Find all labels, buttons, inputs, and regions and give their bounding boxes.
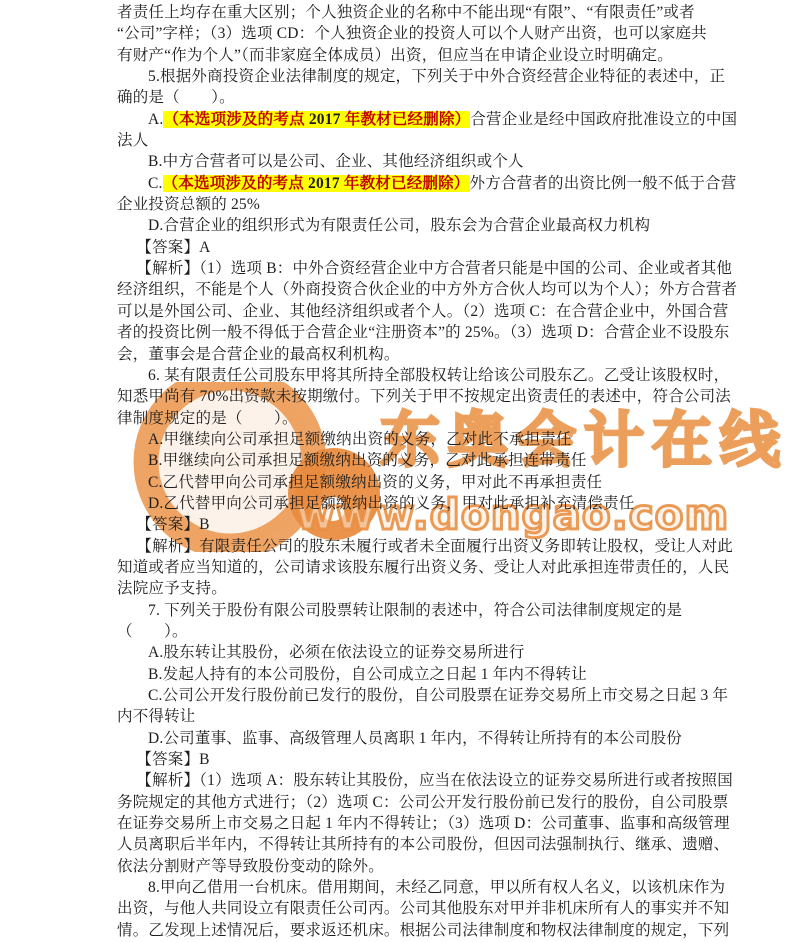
text-line: 知悉甲尚有 70%出资款未按期缴付。下列关于甲不按规定出资责任的表述中，符合公司… bbox=[117, 386, 757, 407]
text-run: 会，董事会是合营企业的最高权利机构。 bbox=[117, 346, 400, 363]
text-line: 者的投资比例一般不得低于合营企业“注册资本”的 25%。（3）选项 D：合营企业… bbox=[117, 322, 757, 343]
text-line: 企业投资总额的 25% bbox=[117, 194, 757, 215]
text-line: 【答案】B bbox=[117, 514, 757, 535]
text-run: 6. 某有限责任公司股东甲将其所持全部股权转让给该公司股东乙。乙受让该股权时， bbox=[148, 367, 729, 384]
text-run: 【答案】B bbox=[136, 751, 209, 768]
text-run: 【解析】有限责任公司的股东未履行或者未全面履行出资义务即转让股权，受让人对此 bbox=[136, 538, 733, 555]
text-run: 【答案】A bbox=[136, 239, 210, 256]
text-run: 【答案】B bbox=[136, 516, 209, 533]
text-line: D.公司董事、监事、高级管理人员离职 1 年内，不得转让所持有的本公司股份 bbox=[117, 728, 757, 749]
text-run: 者的投资比例一般不得低于合营企业“注册资本”的 25%。（3）选项 D：合营企业… bbox=[117, 324, 729, 341]
deleted-point-highlight: 年教材已经删除） bbox=[340, 175, 470, 192]
text-run: “公司”字样；（3）选项 CD：个人独资企业的投资人可以个人财产出资，也可以家庭… bbox=[117, 25, 707, 42]
text-run: 者责任上均存在重大区别；个人独资企业的名称中不能出现“有限”、“有限责任”或者 bbox=[117, 4, 695, 21]
text-line: C.乙代替甲向公司承担足额缴纳出资的义务，甲对此不再承担责任 bbox=[117, 472, 757, 493]
text-run: （ ）。 bbox=[117, 623, 188, 640]
text-run: D.公司董事、监事、高级管理人员离职 1 年内，不得转让所持有的本公司股份 bbox=[148, 730, 682, 747]
text-run: 人员离职后半年内，不得转让其所持有的本公司股份，但因司法强制执行、继承、遗赠、 bbox=[117, 836, 729, 853]
deleted-point-highlight-year: 2017 bbox=[309, 111, 341, 128]
text-run: 出资，与他人共同设立有限责任公司丙。公司其他股东对甲并非机床所有人的事实并不知 bbox=[117, 900, 729, 917]
text-line: 者责任上均存在重大区别；个人独资企业的名称中不能出现“有限”、“有限责任”或者 bbox=[117, 2, 757, 23]
text-line: 依法分割财产等导致股份变动的除外。 bbox=[117, 856, 757, 877]
text-run: 法院应予支持。 bbox=[117, 580, 227, 597]
text-run: 8.甲向乙借用一台机床。借用期间，未经乙同意，甲以所有权人名义，以该机床作为 bbox=[148, 879, 725, 896]
text-line: 【解析】（1）选项 A：股东转让其股份，应当在依法设立的证券交易所进行或者按照国 bbox=[117, 770, 757, 791]
text-line: 【答案】B bbox=[117, 749, 757, 770]
text-run: 知道或者应当知道的，公司请求该股东履行出资义务、受让人对此承担连带责任的，人民 bbox=[117, 559, 729, 576]
text-line: 法院应予支持。 bbox=[117, 578, 757, 599]
text-line: C.（本选项涉及的考点 2017 年教材已经删除）外方合营者的出资比例一般不低于… bbox=[117, 173, 757, 194]
text-line: 内不得转让 bbox=[117, 706, 757, 727]
text-line: 有财产“作为个人”（而非家庭全体成员）出资，但应当在申请企业设立时明确定。 bbox=[117, 45, 757, 66]
text-line: D.合营企业的组织形式为有限责任公司，股东会为合营企业最高权力机构 bbox=[117, 215, 757, 236]
deleted-point-highlight: （本选项涉及的考点 bbox=[163, 111, 308, 128]
text-line: B.甲继续向公司承担足额缴纳出资的义务，乙对此承担连带责任 bbox=[117, 450, 757, 471]
text-line: 5.根据外商投资企业法律制度的规定，下列关于中外合资经营企业特征的表述中，正 bbox=[117, 66, 757, 87]
text-line: 6. 某有限责任公司股东甲将其所持全部股权转让给该公司股东乙。乙受让该股权时， bbox=[117, 365, 757, 386]
text-run: A.甲继续向公司承担足额缴纳出资的义务，乙对此不承担责任 bbox=[148, 431, 572, 448]
text-line: A.股东转让其股份，必须在依法设立的证券交易所进行 bbox=[117, 642, 757, 663]
text-run: 在证券交易所上市交易之日起 1 年内不得转让；（3）选项 D：公司董事、监事和高… bbox=[117, 815, 730, 832]
text-line: 知道或者应当知道的，公司请求该股东履行出资义务、受让人对此承担连带责任的，人民 bbox=[117, 557, 757, 578]
text-line: 法人 bbox=[117, 130, 757, 151]
text-run: 【解析】（1）选项 A：股东转让其股份，应当在依法设立的证券交易所进行或者按照国 bbox=[136, 772, 733, 789]
text-line: 【解析】有限责任公司的股东未履行或者未全面履行出资义务即转让股权，受让人对此 bbox=[117, 536, 757, 557]
text-line: 可以是外国公司、企业、其他经济组织或者个人。（2）选项 C：在合营企业中，外国合… bbox=[117, 301, 757, 322]
text-line: 人员离职后半年内，不得转让其所持有的本公司股份，但因司法强制执行、继承、遗赠、 bbox=[117, 834, 757, 855]
document-content: 者责任上均存在重大区别；个人独资企业的名称中不能出现“有限”、“有限责任”或者“… bbox=[117, 2, 757, 941]
text-run: 有财产“作为个人”（而非家庭全体成员）出资，但应当在申请企业设立时明确定。 bbox=[117, 47, 673, 64]
text-run: D.乙代替甲向公司承担足额缴纳出资的义务，甲对此承担补充清偿责任 bbox=[148, 495, 634, 512]
text-run: D.合营企业的组织形式为有限责任公司，股东会为合营企业最高权力机构 bbox=[148, 217, 650, 234]
text-line: B.中方合营者可以是公司、企业、其他经济组织或个人 bbox=[117, 151, 757, 172]
text-line: 情。乙发现上述情况后，要求返还机床。根据公司法律制度和物权法律制度的规定，下列 bbox=[117, 920, 757, 941]
text-line: 【解析】（1）选项 B：中外合资经营企业中方合营者只能是中国的公司、企业或者其他 bbox=[117, 258, 757, 279]
text-run: 5.根据外商投资企业法律制度的规定，下列关于中外合资经营企业特征的表述中，正 bbox=[148, 68, 725, 85]
text-run: 务院规定的其他方式进行；（2）选项 C：公司公开发行股份前已发行的股份，自公司股… bbox=[117, 794, 728, 811]
text-line: D.乙代替甲向公司承担足额缴纳出资的义务，甲对此承担补充清偿责任 bbox=[117, 493, 757, 514]
text-line: 7. 下列关于股份有限公司股票转让限制的表述中，符合公司法律制度规定的是 bbox=[117, 600, 757, 621]
text-line: 确的是（ ）。 bbox=[117, 87, 757, 108]
text-run: A.股东转让其股份，必须在依法设立的证券交易所进行 bbox=[148, 644, 525, 661]
text-line: 务院规定的其他方式进行；（2）选项 C：公司公开发行股份前已发行的股份，自公司股… bbox=[117, 792, 757, 813]
text-line: （ ）。 bbox=[117, 621, 757, 642]
text-line: 会，董事会是合营企业的最高权利机构。 bbox=[117, 344, 757, 365]
text-run: 确的是（ ）。 bbox=[117, 89, 235, 106]
text-run: 律制度规定的是（ ）。 bbox=[117, 410, 298, 427]
text-line: 经济组织，不能是个人（外商投资合伙企业的中方外方合伙人均可以为个人）；外方合营者 bbox=[117, 279, 757, 300]
deleted-point-highlight: （本选项涉及的考点 bbox=[163, 175, 308, 192]
text-line: 在证券交易所上市交易之日起 1 年内不得转让；（3）选项 D：公司董事、监事和高… bbox=[117, 813, 757, 834]
text-run: 经济组织，不能是个人（外商投资合伙企业的中方外方合伙人均可以为个人）；外方合营者 bbox=[117, 281, 737, 298]
text-run: 知悉甲尚有 70%出资款未按期缴付。下列关于甲不按规定出资责任的表述中，符合公司… bbox=[117, 388, 731, 405]
text-run: B.中方合营者可以是公司、企业、其他经济组织或个人 bbox=[148, 153, 524, 170]
text-run: 合营企业是经中国政府批准设立的中国 bbox=[470, 111, 737, 128]
text-run: 7. 下列关于股份有限公司股票转让限制的表述中，符合公司法律制度规定的是 bbox=[148, 602, 682, 619]
text-line: 8.甲向乙借用一台机床。借用期间，未经乙同意，甲以所有权人名义，以该机床作为 bbox=[117, 877, 757, 898]
text-line: A.（本选项涉及的考点 2017 年教材已经删除）合营企业是经中国政府批准设立的… bbox=[117, 109, 757, 130]
text-line: C.公司公开发行股份前已发行的股份，自公司股票在证券交易所上市交易之日起 3 年 bbox=[117, 685, 757, 706]
text-run: 外方合营者的出资比例一般不低于合营 bbox=[470, 175, 737, 192]
text-line: “公司”字样；（3）选项 CD：个人独资企业的投资人可以个人财产出资，也可以家庭… bbox=[117, 23, 757, 44]
text-run: 依法分割财产等导致股份变动的除外。 bbox=[117, 858, 384, 875]
text-run: 企业投资总额的 25% bbox=[117, 196, 260, 213]
text-run: A. bbox=[148, 111, 163, 128]
text-run: C.公司公开发行股份前已发行的股份，自公司股票在证券交易所上市交易之日起 3 年 bbox=[148, 687, 728, 704]
text-line: B.发起人持有的本公司股份，自公司成立之日起 1 年内不得转让 bbox=[117, 664, 757, 685]
text-run: B.发起人持有的本公司股份，自公司成立之日起 1 年内不得转让 bbox=[148, 666, 587, 683]
text-line: 【答案】A bbox=[117, 237, 757, 258]
text-run: 法人 bbox=[117, 132, 148, 149]
text-run: B.甲继续向公司承担足额缴纳出资的义务，乙对此承担连带责任 bbox=[148, 452, 587, 469]
text-run: 内不得转让 bbox=[117, 708, 196, 725]
document-page: 东奥会计在线 www.dongao.com 者责任上均存在重大区别；个人独资企业… bbox=[0, 0, 793, 942]
text-run: 【解析】（1）选项 B：中外合资经营企业中方合营者只能是中国的公司、企业或者其他 bbox=[136, 260, 732, 277]
text-run: C. bbox=[148, 175, 163, 192]
text-run: C.乙代替甲向公司承担足额缴纳出资的义务，甲对此不再承担责任 bbox=[148, 474, 602, 491]
deleted-point-highlight: 年教材已经删除） bbox=[341, 111, 471, 128]
text-line: A.甲继续向公司承担足额缴纳出资的义务，乙对此不承担责任 bbox=[117, 429, 757, 450]
text-run: 情。乙发现上述情况后，要求返还机床。根据公司法律制度和物权法律制度的规定，下列 bbox=[117, 922, 729, 939]
text-line: 律制度规定的是（ ）。 bbox=[117, 408, 757, 429]
deleted-point-highlight-year: 2017 bbox=[308, 175, 340, 192]
text-run: 可以是外国公司、企业、其他经济组织或者个人。（2）选项 C：在合营企业中，外国合… bbox=[117, 303, 728, 320]
text-line: 出资，与他人共同设立有限责任公司丙。公司其他股东对甲并非机床所有人的事实并不知 bbox=[117, 898, 757, 919]
